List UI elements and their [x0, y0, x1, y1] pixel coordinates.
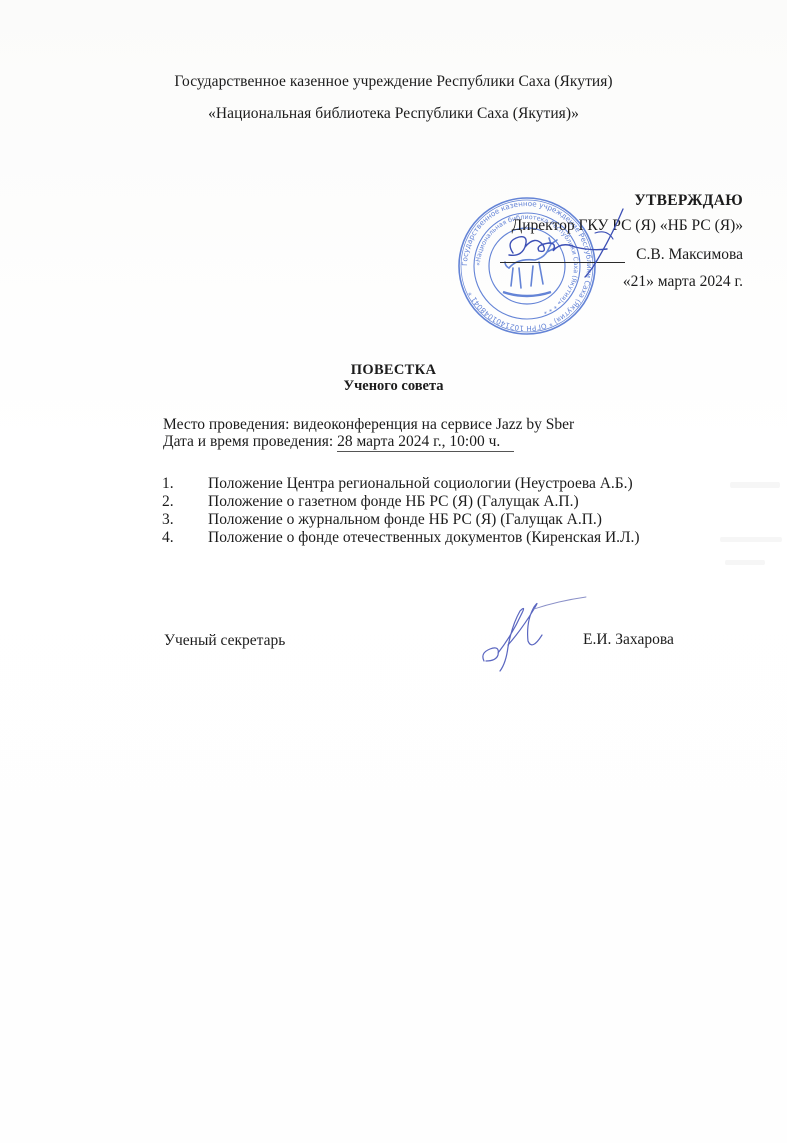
secretary-role: Ученый секретарь [164, 632, 285, 650]
approval-date: «21» марта 2024 г. [623, 273, 743, 291]
document-title: ПОВЕСТКА [0, 362, 787, 379]
secretary-signature-icon [478, 595, 588, 675]
agenda-item-text: Положение о журнальном фонде НБ РС (Я) (… [208, 511, 602, 529]
approver-name: С.В. Максимова [636, 246, 743, 264]
agenda-item-number: 2. [162, 493, 174, 511]
agenda-item-text: Положение о фонде отечественных документ… [208, 529, 640, 547]
agenda-item-number: 1. [162, 475, 174, 493]
show-through-mark [720, 537, 782, 542]
secretary-name: Е.И. Захарова [583, 631, 674, 649]
meeting-place-value: видеоконференция на сервисе Jazz by Sber [293, 416, 574, 433]
meeting-datetime-value: 28 марта 2024 г., 10:00 ч. [337, 433, 514, 452]
agenda-item-text: Положение Центра региональной социологии… [208, 475, 633, 493]
document-subtitle: Ученого совета [0, 378, 787, 395]
meeting-place: Место проведения: видеоконференция на се… [163, 416, 574, 434]
meeting-datetime: Дата и время проведения: 28 марта 2024 г… [163, 433, 514, 451]
organization-name-line-2: «Национальная библиотека Республики Саха… [0, 105, 787, 123]
meeting-datetime-label: Дата и время проведения: [163, 433, 337, 450]
agenda-item-number: 3. [162, 511, 174, 529]
director-signature-icon [495, 205, 630, 280]
approval-title: УТВЕРЖДАЮ [634, 192, 743, 210]
meeting-place-label: Место проведения: [163, 416, 293, 433]
document-page: Государственное казенное учреждение Респ… [0, 0, 787, 1143]
show-through-mark [725, 560, 765, 565]
organization-name-line-1: Государственное казенное учреждение Респ… [0, 73, 787, 91]
agenda-item-number: 4. [162, 529, 174, 547]
agenda-item-text: Положение о газетном фонде НБ РС (Я) (Га… [208, 493, 579, 511]
show-through-mark [730, 482, 780, 488]
